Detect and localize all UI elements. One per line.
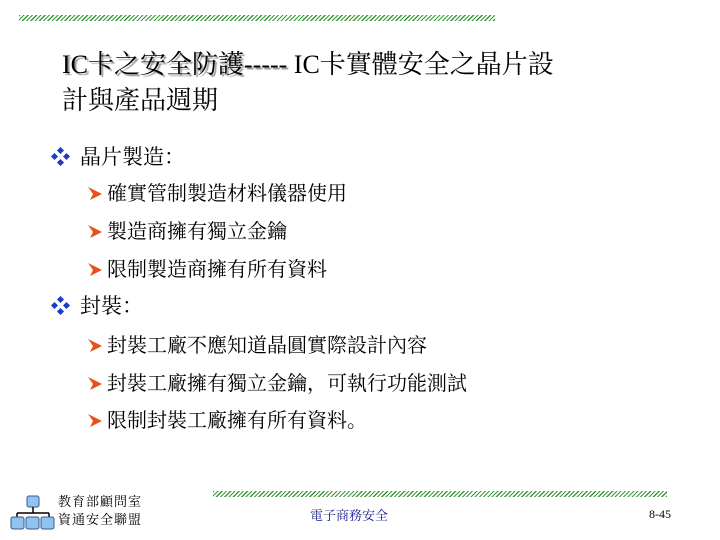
section-heading-text: 封裝： <box>80 292 143 320</box>
bottom-decorative-rule <box>213 491 667 497</box>
list-item-text: 確實管制製造材料儀器使用 <box>107 179 347 207</box>
list-item-text: 封裝工廠不應知道晶圓實際設計內容 <box>107 331 427 359</box>
title-part2: IC卡實體安全之晶片設 <box>287 50 554 79</box>
arrowhead-icon <box>87 412 103 428</box>
arrowhead-icon <box>87 337 103 353</box>
top-decorative-rule <box>19 15 495 21</box>
list-item: 限制封裝工廠擁有所有資料。 <box>87 406 367 434</box>
list-item-text: 限制封裝工廠擁有所有資料。 <box>107 406 367 434</box>
org-chart-icon <box>10 494 56 532</box>
diamond-cluster-icon <box>52 148 70 166</box>
title-line2: 計與產品週期 <box>62 83 682 119</box>
footer-course-title: 電子商務安全 <box>310 505 388 524</box>
title-part1: IC卡之安全防護----- <box>62 50 287 79</box>
section-heading-packaging: 封裝： <box>52 292 143 320</box>
organization-logo-text: 教育部顧問室 資通安全聯盟 <box>58 494 142 530</box>
arrowhead-icon <box>87 223 103 239</box>
list-item: 限制製造商擁有所有資料 <box>87 255 327 283</box>
slide-title: IC卡之安全防護----- IC卡實體安全之晶片設 計與產品週期 <box>62 47 682 119</box>
arrowhead-icon <box>87 185 103 201</box>
list-item-text: 封裝工廠擁有獨立金鑰，可執行功能測試 <box>107 369 467 397</box>
page-number: 8-45 <box>649 507 671 522</box>
logo-line2: 資通安全聯盟 <box>58 512 142 530</box>
diamond-cluster-icon <box>52 297 70 315</box>
list-item-text: 製造商擁有獨立金鑰 <box>107 217 287 245</box>
list-item: 製造商擁有獨立金鑰 <box>87 217 287 245</box>
list-item: 確實管制製造材料儀器使用 <box>87 179 347 207</box>
section-heading-chip-manufacturing: 晶片製造： <box>52 143 185 171</box>
section-heading-text: 晶片製造： <box>80 143 185 171</box>
list-item-text: 限制製造商擁有所有資料 <box>107 255 327 283</box>
logo-line1: 教育部顧問室 <box>58 494 142 512</box>
arrowhead-icon <box>87 261 103 277</box>
list-item: 封裝工廠擁有獨立金鑰，可執行功能測試 <box>87 369 467 397</box>
list-item: 封裝工廠不應知道晶圓實際設計內容 <box>87 331 427 359</box>
arrowhead-icon <box>87 375 103 391</box>
